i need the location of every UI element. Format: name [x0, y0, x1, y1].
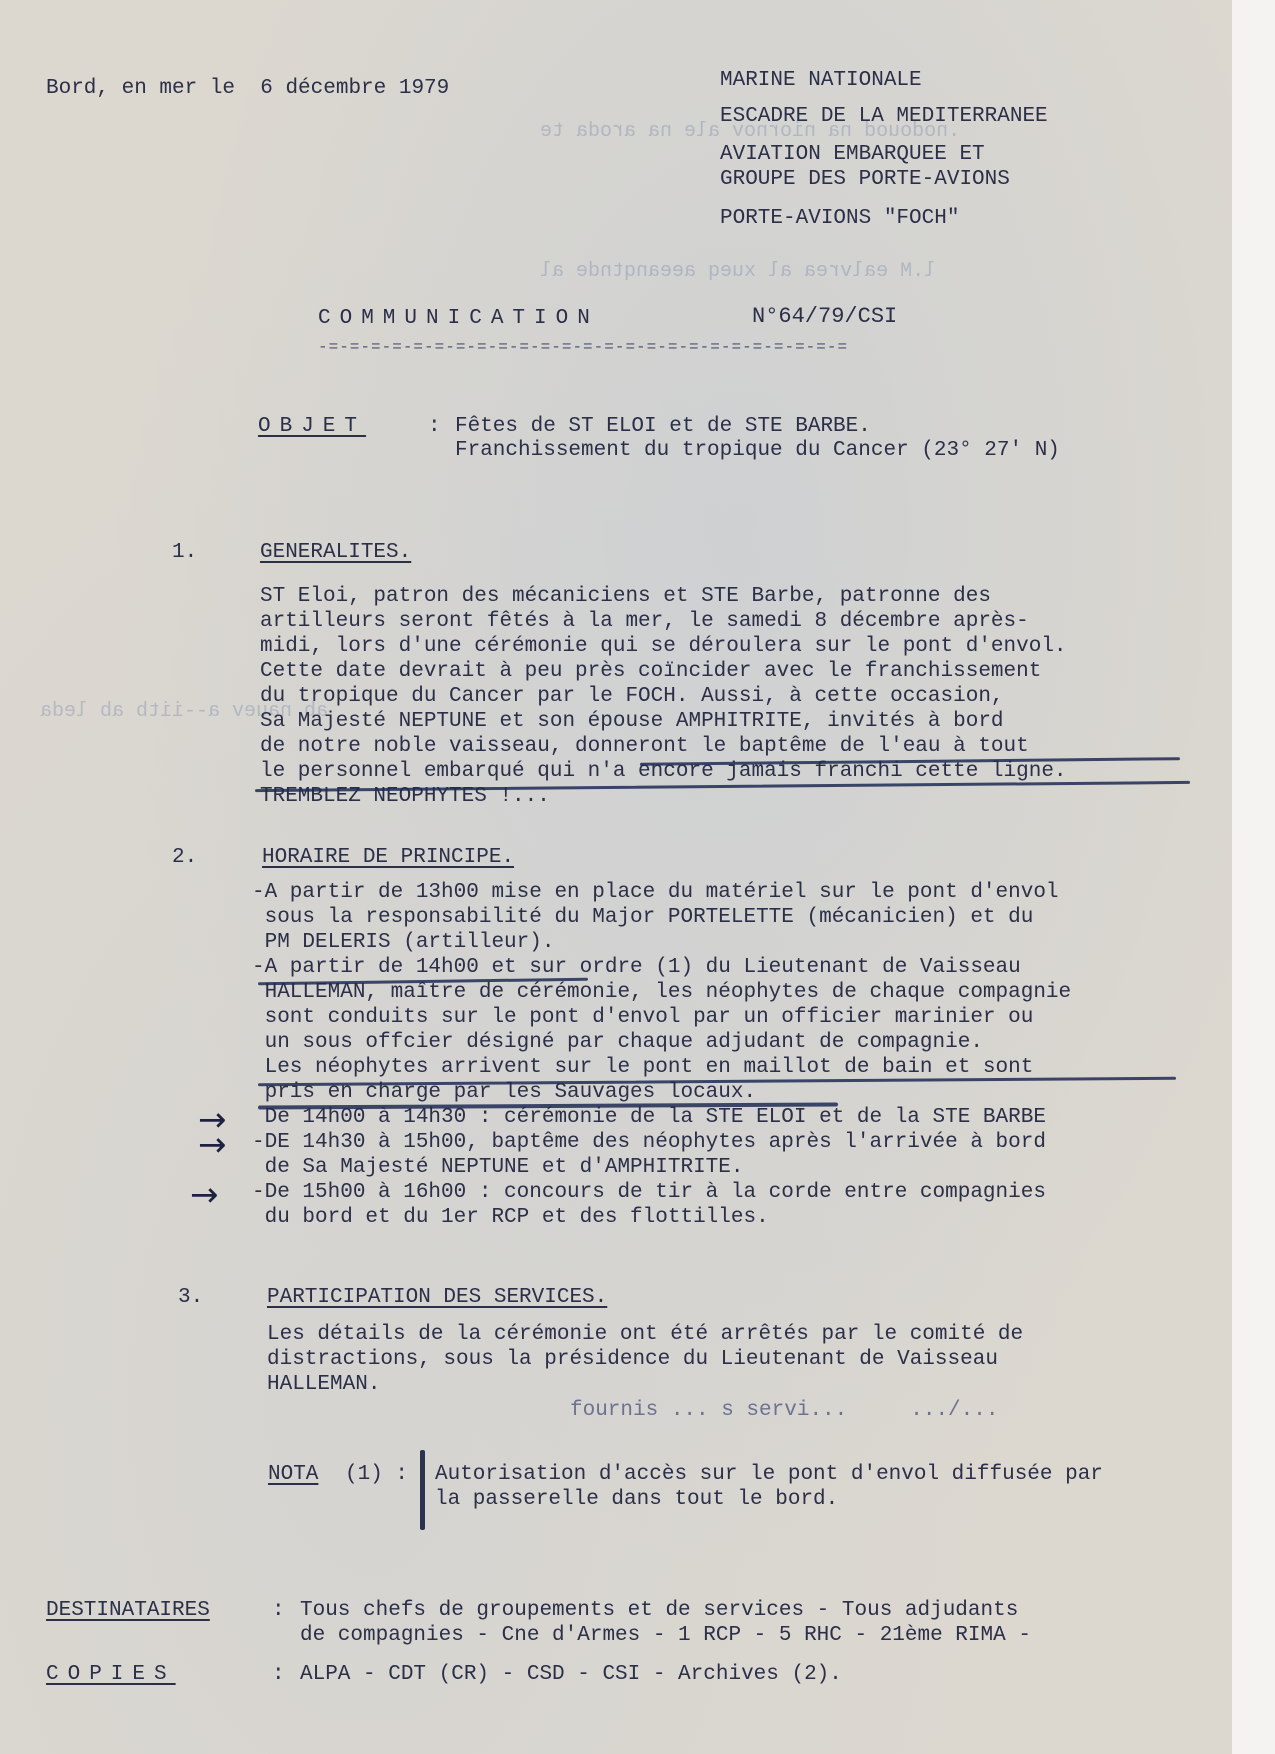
document-number: N°64/79/CSI	[752, 304, 897, 329]
destinataires-line: Tous chefs de groupements et de services…	[300, 1598, 1018, 1623]
section-heading: HORAIRE DE PRINCIPE.	[262, 845, 514, 870]
body-line: Les détails de la cérémonie ont été arrê…	[267, 1322, 1023, 1347]
copies-list: ALPA - CDT (CR) - CSD - CSI - Archives (…	[300, 1662, 842, 1687]
nota-label: NOTA	[268, 1462, 318, 1487]
handwritten-arrow-icon: →	[198, 1128, 227, 1162]
schedule-line: sont conduits sur le pont d'envol par un…	[252, 1005, 1033, 1030]
place-date: Bord, en mer le 6 décembre 1979	[46, 76, 449, 101]
schedule-line: un sous offcier désigné par chaque adjud…	[252, 1030, 983, 1055]
org-line: AVIATION EMBARQUEE ET	[720, 142, 985, 167]
copies-separator: :	[272, 1662, 285, 1687]
schedule-line: de Sa Majesté NEPTUNE et d'AMPHITRITE.	[252, 1155, 743, 1180]
bleed-through-text: l.M ealvrea al xueq aeeanqtnde al	[540, 260, 936, 283]
nota-line: la passerelle dans tout le bord.	[435, 1487, 838, 1512]
title-dash-rule: -=-=-=-=-=-=-=-=-=-=-=-=-=-=-=-=-=-=-=-=…	[318, 338, 848, 356]
section-heading: PARTICIPATION DES SERVICES.	[267, 1285, 607, 1310]
page-continuation: fournis ... s servi... .../...	[570, 1398, 998, 1423]
scan-margin	[1232, 0, 1275, 1754]
handwritten-margin-bar	[420, 1450, 425, 1530]
nota-ref: (1) :	[345, 1462, 408, 1487]
body-line: Cette date devrait à peu près coïncider …	[260, 659, 1041, 684]
schedule-line: -A partir de 13h00 mise en place du maté…	[252, 880, 1059, 905]
body-line: midi, lors d'une cérémonie qui se déroul…	[260, 634, 1067, 659]
handwritten-arrow-icon: →	[190, 1178, 219, 1212]
body-line: de notre noble vaisseau, donneront le ba…	[260, 734, 1029, 759]
copies-label: COPIES	[46, 1662, 176, 1687]
body-line: ST Eloi, patron des mécaniciens et STE B…	[260, 584, 991, 609]
body-line: artilleurs seront fêtés à la mer, le sam…	[260, 609, 1029, 634]
schedule-line: sous la responsabilité du Major PORTELET…	[252, 905, 1033, 930]
objet-separator: :	[428, 414, 441, 439]
document-title: COMMUNICATION	[318, 306, 599, 331]
objet-line: Franchissement du tropique du Cancer (23…	[455, 438, 1060, 463]
org-line: ESCADRE DE LA MEDITERRANEE	[720, 104, 1048, 129]
body-line: du tropique du Cancer par le FOCH. Aussi…	[260, 684, 1004, 709]
schedule-line: -De 15h00 à 16h00 : concours de tir à la…	[252, 1180, 1046, 1205]
schedule-line: HALLEMAN, maître de cérémonie, les néoph…	[252, 980, 1071, 1005]
org-line: MARINE NATIONALE	[720, 68, 922, 93]
section-number: 3.	[178, 1285, 203, 1310]
nota-line: Autorisation d'accès sur le pont d'envol…	[435, 1462, 1103, 1487]
body-line: HALLEMAN.	[267, 1372, 380, 1397]
schedule-line: -DE 14h30 à 15h00, baptême des néophytes…	[252, 1130, 1046, 1155]
destinataires-label: DESTINATAIRES	[46, 1598, 210, 1623]
org-line: GROUPE DES PORTE-AVIONS	[720, 167, 1010, 192]
schedule-line: Les néophytes arrivent sur le pont en ma…	[252, 1055, 1033, 1080]
schedule-line: du bord et du 1er RCP et des flottilles.	[252, 1205, 769, 1230]
org-line: PORTE-AVIONS "FOCH"	[720, 206, 959, 231]
schedule-line: PM DELERIS (artilleur).	[252, 930, 554, 955]
schedule-line: -A partir de 14h00 et sur ordre (1) du L…	[252, 955, 1021, 980]
destinataires-line: de compagnies - Cne d'Armes - 1 RCP - 5 …	[300, 1623, 1031, 1648]
section-number: 1.	[172, 540, 197, 565]
section-number: 2.	[172, 845, 197, 870]
body-line: Sa Majesté NEPTUNE et son épouse AMPHITR…	[260, 709, 1004, 734]
objet-line: Fêtes de ST ELOI et de STE BARBE.	[455, 414, 871, 439]
section-heading: GENERALITES.	[260, 540, 411, 565]
objet-label: OBJET	[258, 414, 366, 439]
destinataires-separator: :	[272, 1598, 285, 1623]
body-line: distractions, sous la présidence du Lieu…	[267, 1347, 998, 1372]
